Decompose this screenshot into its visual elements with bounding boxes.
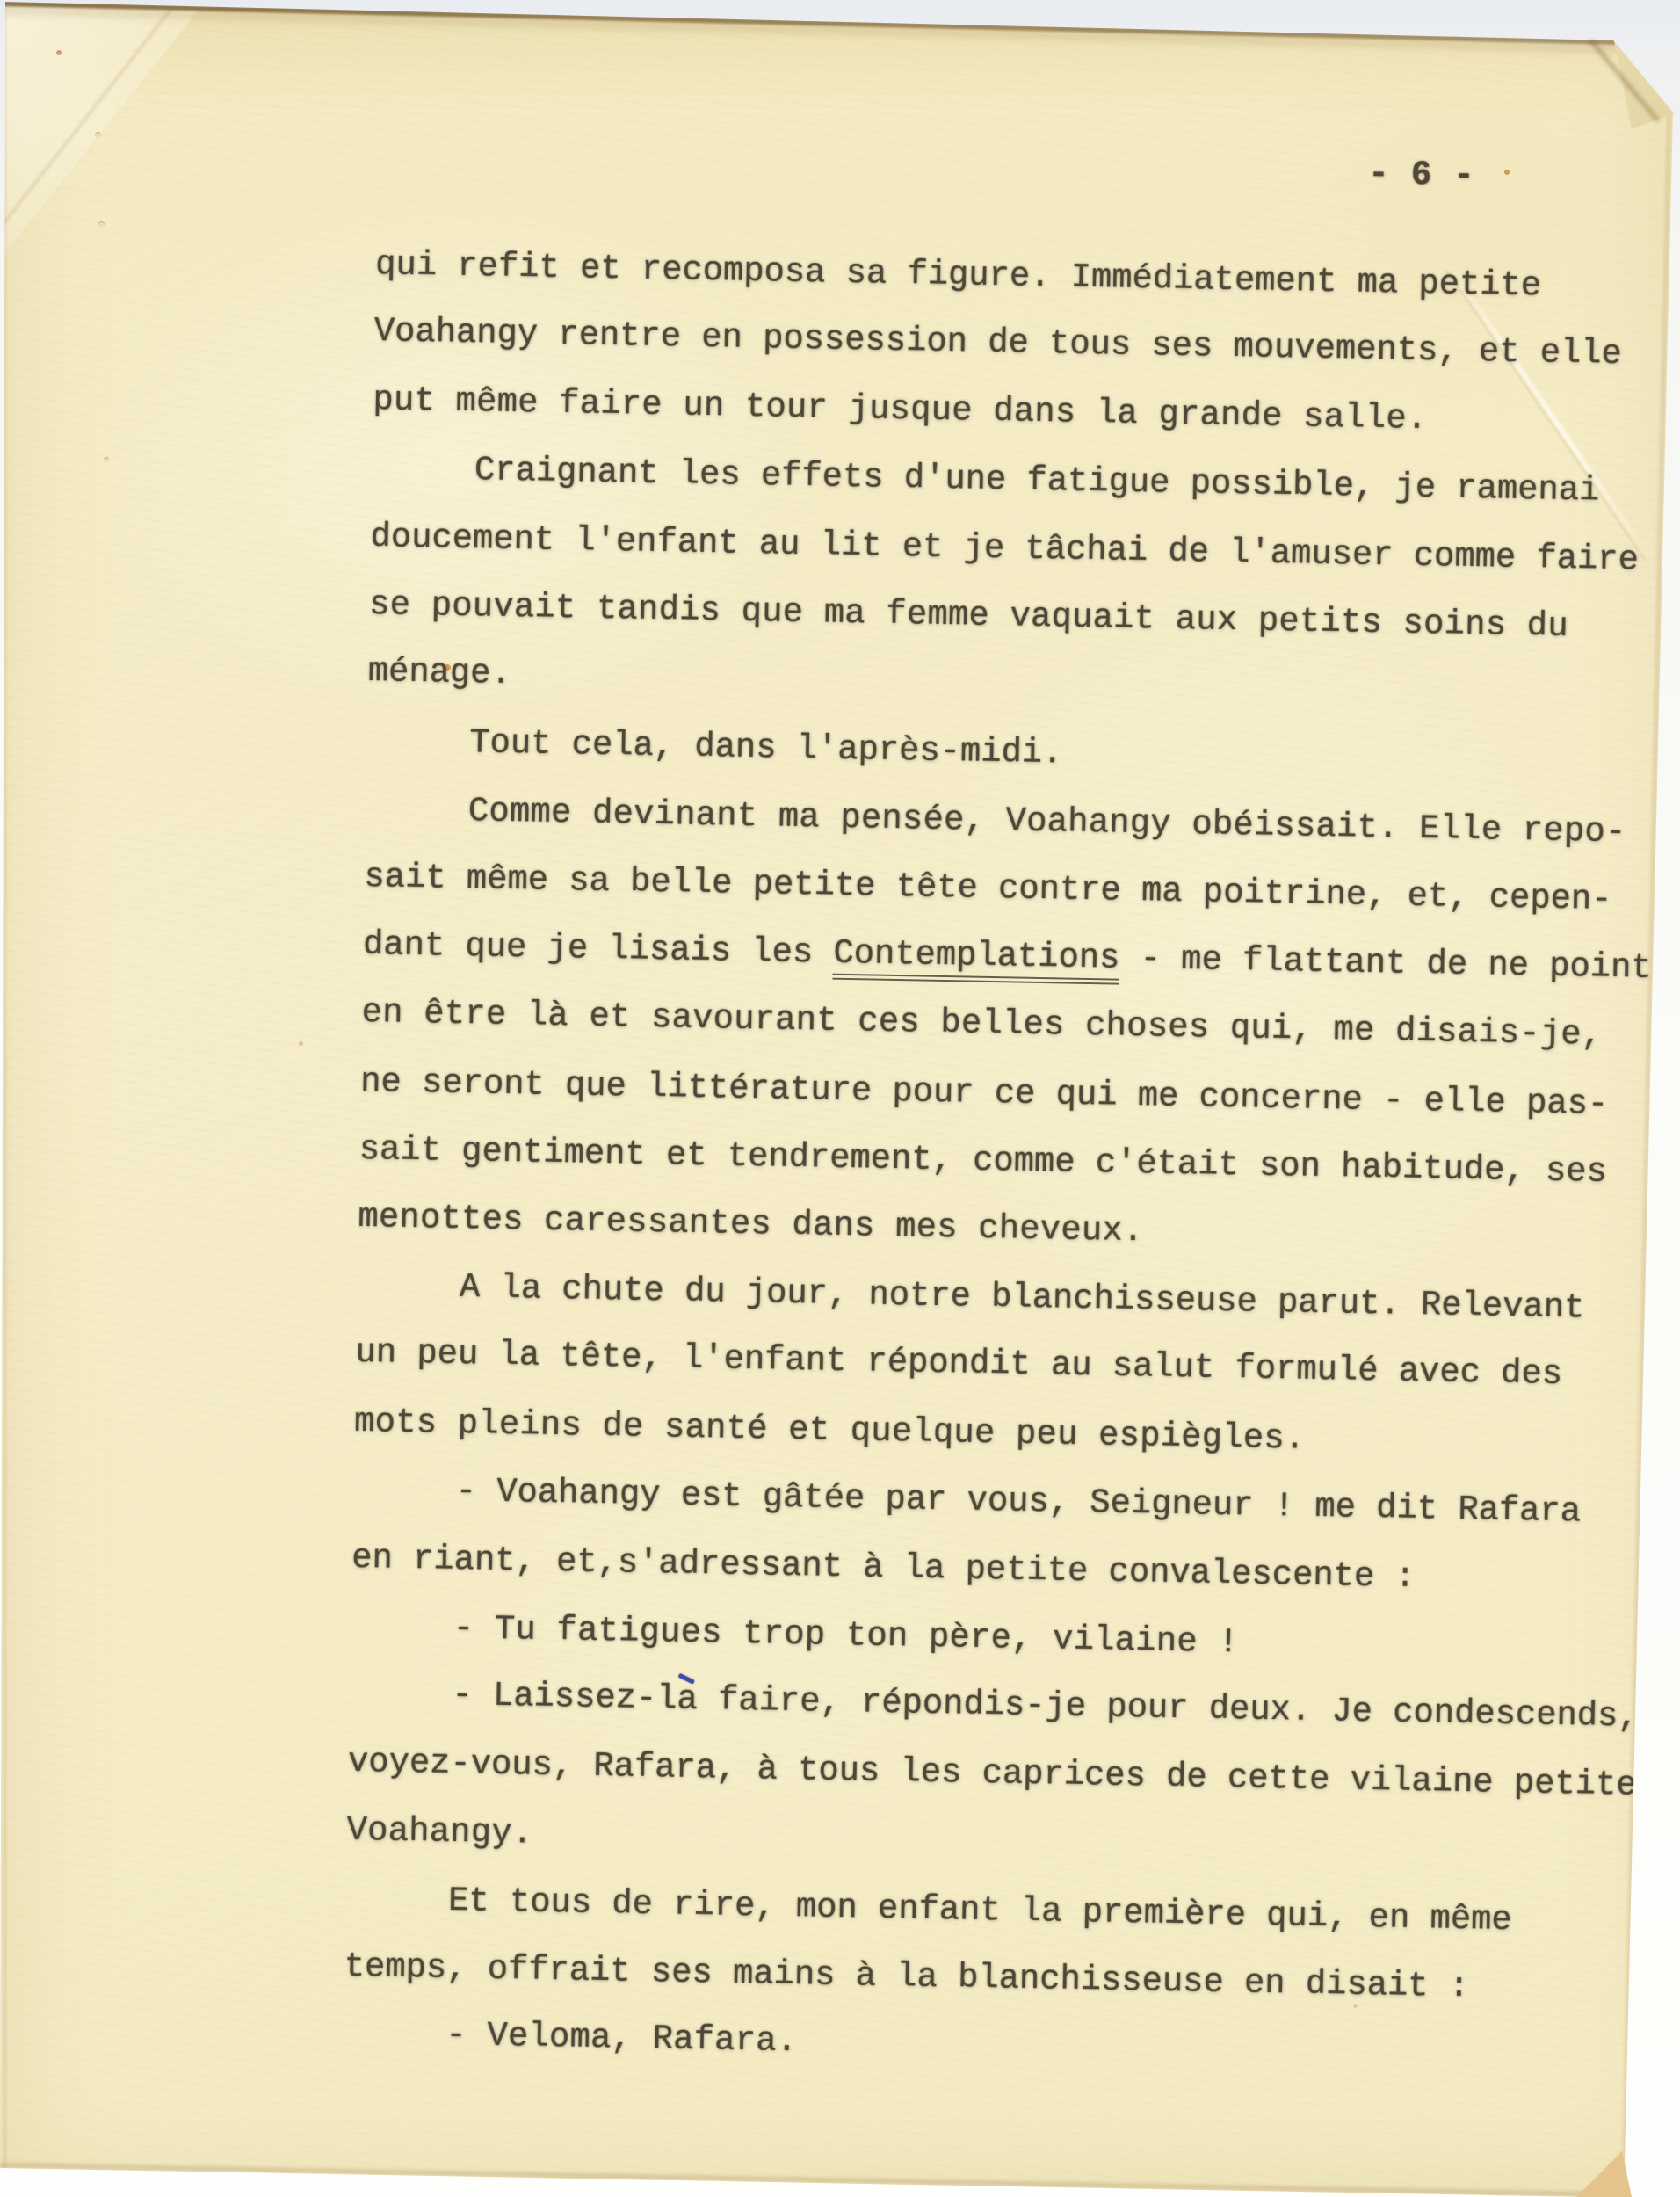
paper-top-edge: [0, 1, 1627, 45]
text-run: doucement l'enfant au lit et je tâchai d…: [370, 518, 1639, 579]
text-run: Craignant les effets d'une fatigue possi…: [474, 451, 1600, 510]
paper-speck: [1504, 170, 1510, 175]
pinhole-mark: [98, 221, 105, 228]
paper-bottom-edge: [0, 2163, 1612, 2197]
text-run: un peu la tête, l'enfant répondit au sal…: [355, 1333, 1562, 1394]
text-run: dant que je lisais les: [363, 925, 834, 973]
text-run: - me flattant de ne point: [1119, 939, 1652, 988]
text-run: se pouvait tandis que ma femme vaquait a…: [369, 584, 1568, 645]
scan-background: - 6 - qui refit et recomposa sa figure. …: [0, 0, 1680, 2197]
text-run: put même faire un tour jusque dans la gr…: [373, 381, 1428, 439]
text-run: Tout cela, dans l'après-midi.: [469, 723, 1063, 772]
text-run: en être là et savourant ces belles chose…: [361, 992, 1602, 1054]
text-run: faire, répondis-je pour deux. Je condesc…: [697, 1679, 1639, 1736]
text-run: menottes caressantes dans mes cheveux.: [358, 1198, 1144, 1251]
text-run: - Voahangy est gâtée par vous, Seigneur …: [455, 1472, 1581, 1531]
text-run: Voahangy rentre en possession de tous se…: [373, 311, 1622, 373]
text-run: Voahangy.: [346, 1810, 533, 1853]
text-run: ne seront que littérature pour ce qui me…: [360, 1062, 1609, 1124]
text-run: en riant, et,s'adressant à la petite con…: [351, 1538, 1416, 1596]
text-run: Comme devinant ma pensée, Voahangy obéis…: [468, 792, 1626, 852]
typewritten-text: qui refit et recomposa sa figure. Immédi…: [343, 230, 1680, 2093]
text-run: A la chute du jour, notre blanchisseuse …: [460, 1267, 1585, 1326]
text-run: ménage.: [367, 652, 511, 693]
text-run: mots pleins de santé et quelque peu espi…: [354, 1402, 1306, 1458]
pinhole-mark: [104, 457, 109, 462]
paper-left-edge: [4, 0, 6, 2169]
text-run: sait même sa belle petite tête contre ma…: [364, 857, 1612, 918]
text-run: - Veloma, Rafara.: [445, 2016, 798, 2061]
text-run: Et tous de rire, mon enfant la première …: [448, 1882, 1512, 1940]
text-run: - Laissez-l: [452, 1675, 677, 1718]
paper-speck: [56, 50, 62, 55]
pinhole-mark: [95, 132, 101, 138]
paper-speck: [299, 1041, 303, 1046]
text-run: voyez-vous, Rafara, à tous les caprices …: [348, 1743, 1637, 1805]
text-run: qui refit et recomposa sa figure. Immédi…: [375, 245, 1542, 305]
page-number: - 6 -: [1368, 141, 1476, 211]
crease-top-left: [0, 0, 228, 281]
blue-ink-correction: a: [677, 1679, 698, 1718]
text-run: sait gentiment et tendrement, comme c'ét…: [358, 1129, 1607, 1191]
paper-sheet: - 6 - qui refit et recomposa sa figure. …: [0, 0, 1680, 2197]
underlined-title: Contemplations: [833, 934, 1120, 985]
text-run: temps, offrait ses mains à la blanchisse…: [344, 1947, 1469, 2005]
text-run: - Tu fatigues trop ton père, vilaine !: [453, 1609, 1239, 1662]
